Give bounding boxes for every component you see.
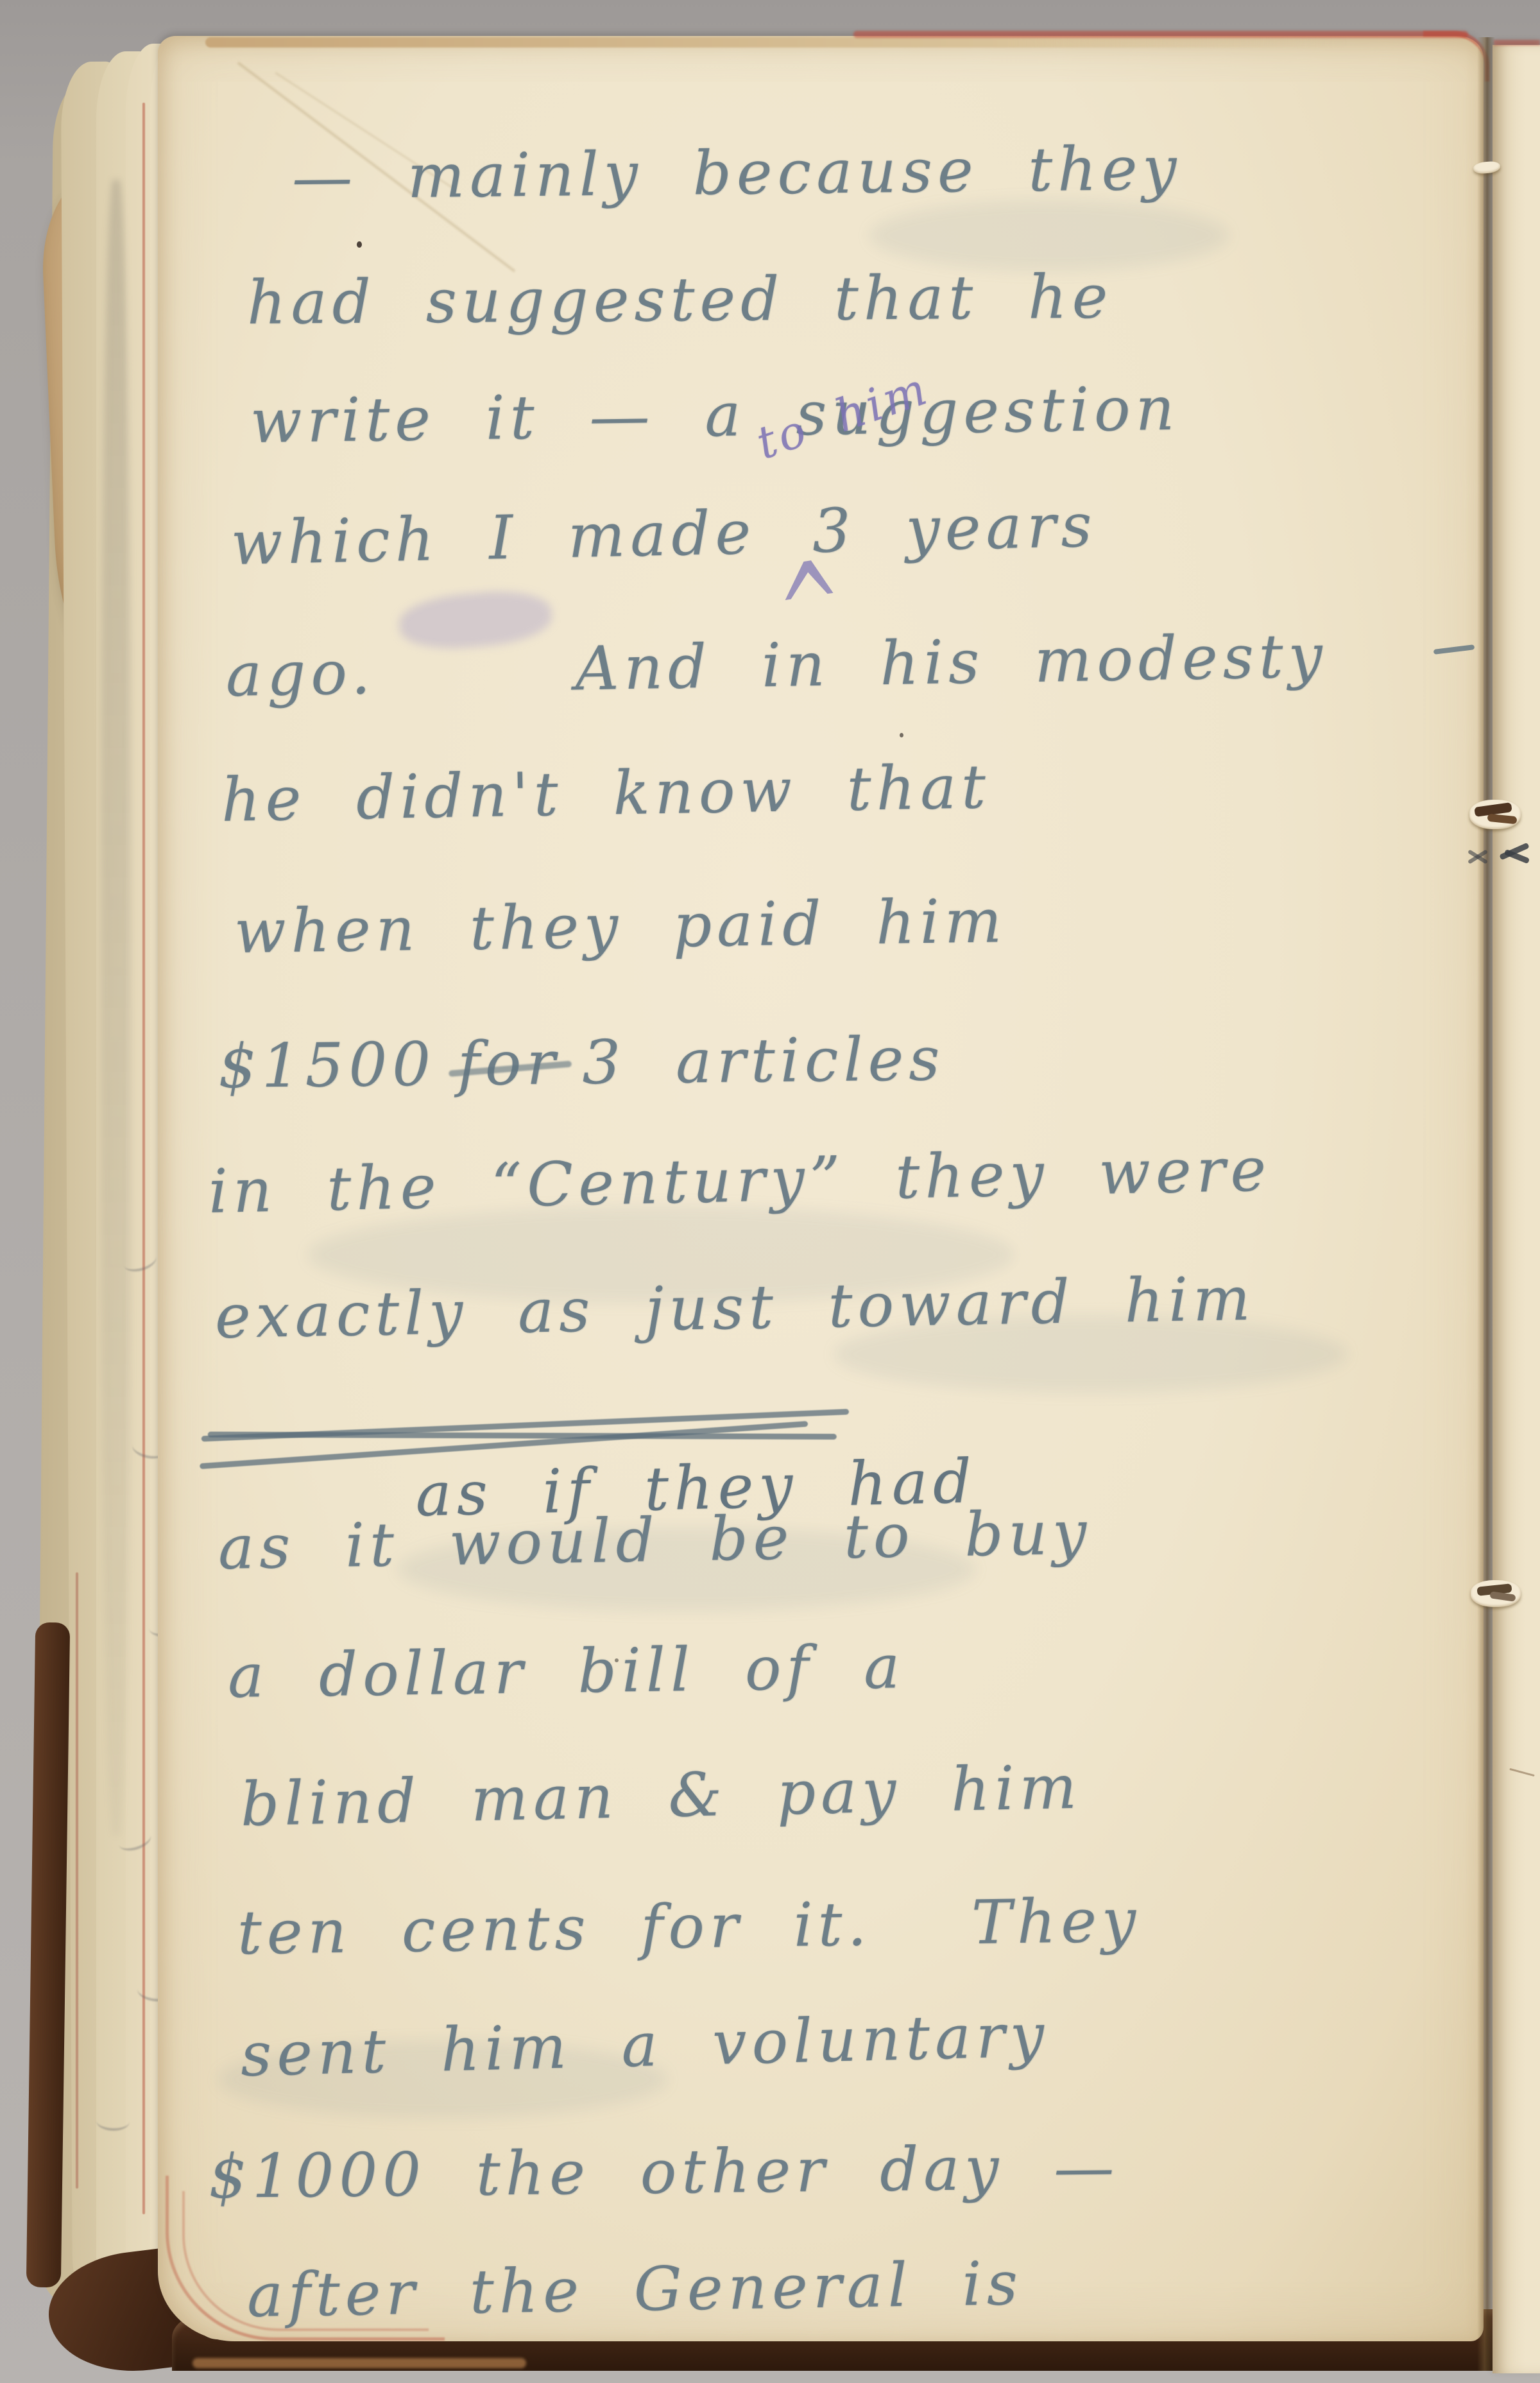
- handwriting-text: when they paid him: [234, 886, 1007, 967]
- handwriting-text: for: [457, 1028, 560, 1099]
- red-stained-top-edge: [853, 31, 1468, 38]
- handwriting-text: ten cents for it. They: [237, 1886, 1142, 1968]
- handwriting-line: ten cents for it. They: [237, 1887, 1142, 1967]
- handwriting-line: $1500for3 articles: [218, 1026, 945, 1101]
- handwriting-text: $1000 the other day —: [208, 2133, 1119, 2212]
- handwriting-text: after the General is: [246, 2249, 1023, 2331]
- handwriting-line: he didn't know that: [221, 753, 991, 834]
- struck-word: for: [457, 1029, 560, 1098]
- paper-speck: [900, 733, 903, 737]
- handwriting-text: 3 years: [812, 491, 1098, 567]
- leather-cover-highlight: [193, 2358, 526, 2368]
- facing-page-sliver: [1493, 45, 1540, 2373]
- page-edge-red-line: [142, 103, 145, 2214]
- handwriting-text: a dollar bill of a: [227, 1632, 905, 1712]
- handwriting-line: write it — a suggestion: [250, 375, 1180, 456]
- page-edge-smudge: [101, 180, 131, 1836]
- red-stained-top-edge: [1494, 40, 1540, 46]
- handwriting-text: had suggested that he: [247, 262, 1113, 338]
- page-edge-red-line: [76, 1572, 78, 2189]
- handwriting-line: — mainly because they: [291, 135, 1182, 212]
- handwriting-text: 3 articles: [582, 1024, 945, 1098]
- handwriting-line: a dollar bill of a: [227, 1633, 905, 1710]
- handwriting-text: — mainly because they: [291, 133, 1182, 213]
- strikethrough-mark: [208, 1432, 837, 1440]
- handwriting-line-struck: as if they had: [213, 1381, 984, 1804]
- handwriting-line: when they paid him: [234, 888, 1007, 966]
- paper-speck: [357, 241, 362, 248]
- handwriting-line: after the General is: [246, 2250, 1023, 2330]
- photo-backdrop: — mainly because they had suggested that…: [0, 0, 1540, 2383]
- handwriting-line: had suggested that he: [247, 264, 1113, 338]
- handwriting-text: $1500: [218, 1029, 436, 1102]
- handwriting-text: which I made: [230, 498, 757, 579]
- handwriting-text: write it — a suggestion: [250, 374, 1180, 457]
- handwriting-text: he didn't know that: [221, 752, 991, 836]
- top-page-edge-band: [205, 37, 1347, 47]
- ink-showthrough: [869, 200, 1229, 271]
- handwriting-line: $1000 the other day —: [208, 2134, 1119, 2211]
- handwriting-line: as it would be to buy: [218, 1499, 1092, 1582]
